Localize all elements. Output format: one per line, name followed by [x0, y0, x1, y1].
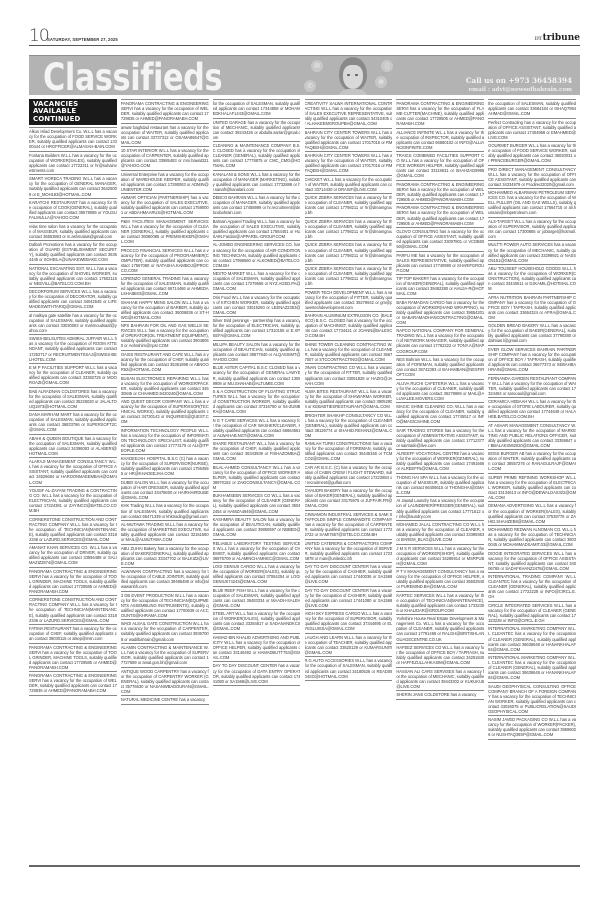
column-6: the occupation of SALESMAN, suitably qua…: [488, 99, 576, 865]
ad-list: the occupation of SALESMAN, suitably qua…: [488, 99, 576, 740]
classified-ad: GLOVO CONSULTING has a vacancy for the o…: [396, 228, 484, 252]
publication-date: SATURDAY, SEPTEMBER 27, 2025: [47, 37, 118, 42]
classified-ad: KARATCHI RESTAURANT has a vacancy for th…: [29, 199, 117, 223]
classified-ad: OASIS RESTAURANT AND CAFE W.L.L has a va…: [121, 351, 209, 375]
classifieds-banner: Classifieds ✉ ✆ ▯ ⊕ Call us on +973 3645…: [29, 55, 580, 95]
classified-ad: N G T CARE SERVICES W.L.L has a vacancy …: [213, 417, 301, 441]
classified-ad: QUICK ZEBRA SERVICES has a vacancy for t…: [305, 241, 393, 265]
classified-ad: HAFEEZ SERVICES CO W.L.L has a vacancy f…: [396, 644, 484, 668]
classified-ad: CHICKET W.L.L has a vacancy for the occu…: [305, 176, 393, 195]
ad-list: PANORAMA CONTRACTING & ENGINEERING SERVI…: [121, 99, 209, 705]
classified-ad: Silver Bird pennings - partnership has a…: [213, 317, 301, 341]
classified-ad: GOLDEN BREAD BAKERY W.L.L has a vacancy …: [488, 322, 576, 346]
classified-ad: NATURAL MEDICINE CENTRE has a vacancy: [121, 696, 209, 704]
classified-ad: FATIMA RESTAURANT has a vacancy for the …: [29, 625, 117, 644]
contact-phone: Call us on +973 36458394: [466, 76, 572, 85]
classified-ad: DEMANA ADVERTISING W.L.L has a vacancy f…: [488, 502, 576, 526]
classified-ad: AND QUEST DECOR COMPANY W.L.L has a vaca…: [121, 398, 209, 427]
classified-ad: Alkun Hilad Development Co. W.L.L has a …: [29, 127, 117, 152]
classified-ad: FERNANDA GARDEN RESTAURANT COMPANY W.L.L…: [488, 375, 576, 399]
classified-ad: MULTTI POWER AUTO SERVICES has a vacancy…: [488, 241, 576, 265]
classified-ad: DECORFORUM SERVICES W.L.L has a vacancy …: [29, 288, 117, 312]
classified-ad: CIRCLE INTEGRATED SERVICES W.L.L has a v…: [488, 602, 576, 626]
classified-ad: CORNERSTONE CONSTRUCTION AND CONTRACTING…: [29, 516, 117, 545]
classified-ad: AI Jawad Laundry has a vacancy for the o…: [396, 497, 484, 521]
brand-mark-icon: DT: [535, 36, 542, 42]
classified-ad: SHAHAB HAPPY MENS SALON W.L.L has a vaca…: [121, 299, 209, 323]
classified-ad: AMMAR OPTICIAN (PARTNERSHIP) has a vacan…: [121, 194, 209, 218]
column-2: PANORAMA CONTRACTING & ENGINEERING SERVI…: [121, 99, 209, 865]
classified-ad: Universal Enterprise has a vacancy for t…: [121, 171, 209, 195]
classified-ad: ABU ZUHAI Bakery has a vacancy for the o…: [121, 545, 209, 569]
classified-ad: ALREEFF VOCATIONAL CENTRE has a vacancy …: [396, 450, 484, 474]
classified-ad: CAR AR B.S.C. (C) has a vacancy for the …: [305, 464, 393, 488]
classified-ad: Oris Food W.L.L has a vacancy for the oc…: [213, 294, 301, 318]
classified-ad: KHADEEJAH HOSPITAL B.S.C (C) has a vacan…: [121, 455, 209, 479]
classified-ad: LAUGH AND LEARN W.L.L has a vacancy for …: [305, 634, 393, 658]
classified-ad: SWISS-BELSUITES ADMIRAL JUFFAIR W.L.L ha…: [29, 335, 117, 364]
classified-ad: PANORAMA CONTRACTING & ENGINEERING SERVI…: [396, 204, 484, 228]
classified-ad: KANALANI & SONS W.L.L has a vacancy for …: [213, 171, 301, 195]
classified-ad: CORNERSTONE CONSTRUCTION AND CONTRACTING…: [29, 596, 117, 625]
classified-ad: ABU TOUSEEF HOUSEHOLD GOODS W.L.L has a …: [488, 265, 576, 294]
classified-ad: BUKHAMSEEN SERVICES CO W.L.L has a vacan…: [213, 492, 301, 516]
classified-ad: NASIM JAVED PACKAGING CO W.L.L has a vac…: [488, 716, 576, 740]
classified-ad: RELIABLE LABORATORY TESTING SERVICES W.L…: [213, 540, 301, 564]
classified-ad: AT ASHAR MANAGEMENT CONSULTANCY W.L.L ha…: [488, 422, 576, 451]
classified-ad: PANORAMA CONTRACTING & ENGINEERING SERVI…: [29, 568, 117, 597]
classified-ad: KARTEC SERVICES W.L.L has a vacancy for …: [396, 592, 484, 616]
classified-ad: S & A CONSTRUCTION OF FLOATING STRUCTURE…: [213, 388, 301, 417]
classified-ad: BOSS BURGER AB has a vacancy for the occ…: [488, 450, 576, 474]
classified-ad: anwar baghdad restaurant has a vacancy f…: [121, 124, 209, 148]
mascot-illustration: [331, 56, 375, 95]
classified-ad: SHARE RESTAURANT W.L.L has a vacancy for…: [213, 440, 301, 464]
classified-ad: BLUE REEF FISH W.L.L has a vacancy for t…: [213, 587, 301, 611]
classified-ad: CHAUDRI BAKERY has a vacancy for the occ…: [305, 487, 393, 511]
classified-ad: QUICK ZEBRA SERVICES has a vacancy for t…: [305, 218, 393, 242]
classified-ad: R.G AUTO ACCESSORIES W.L.L has a vacancy…: [305, 657, 393, 681]
classified-ad: E M P FACILITIES SUPPORT W.L.L has a vac…: [29, 364, 117, 388]
classified-ad: HIGH SKY EXPRESS CARGO W.L.L has a vacan…: [305, 610, 393, 634]
classified-ad: J M S R SERVICES W.L.L has a vacancy for…: [396, 545, 484, 569]
classified-ad: MOHAMED JALAL CONTRACTING CO W.L.L has a…: [396, 521, 484, 545]
classified-ad: DANA MARHAM MART has a vacancy for the o…: [29, 411, 117, 435]
classified-ad: ALAMIN CONTRACTING & MAINTENANCE W.L.L h…: [121, 644, 209, 668]
classified-ad: INTERNATIONAL MARKETING COMPANY W.L.L CL…: [488, 625, 576, 654]
classified-ad: SUPER PRIME REFINING WORKSHOP W.L.L has …: [488, 474, 576, 503]
classified-ad: P&M FACILITIES MANAGEMENT SERVICES W.L.L…: [121, 218, 209, 247]
classified-ad: INTERNATIONAL TRADING COMPANY W.L.L CLEA…: [488, 573, 576, 602]
classifieds-columns: VACANCIES AVAILABLE CONTINUED Alkun Hila…: [29, 99, 580, 865]
section-title: Classifieds: [43, 57, 222, 95]
classified-ad: KASHMIRA BEAUTY SALON has a vacancy for …: [213, 516, 301, 540]
classified-ad: UNITED CATERERS & CONTRACTORS COMPANY ha…: [305, 540, 393, 564]
classified-ad: KHK Trading W.L.L has a vacancy for the …: [121, 502, 209, 521]
classified-ad: CINNAMON INDUSTRIAL SERVICES & SAMI STAF…: [305, 511, 393, 540]
classified-ad: AFRA NUTRITION BAHRAIN PARTNERSHIP COMPA…: [488, 294, 576, 323]
classified-ad: INFORMATION TECHNOLOGY PEOPLE W.L.L has …: [121, 427, 209, 456]
classified-ad: QUICK ZEBRA SERVICES has a vacancy for t…: [305, 265, 393, 289]
classified-ad: BLUE ASTER CAPITAL B.S.C CLOSED has a va…: [213, 364, 301, 388]
classified-ad: WADI ALSAIL GATE CONSTRUCTION W.L.L has …: [121, 620, 209, 644]
classified-ad: NES Bahrain W.L.L has a vacancy for the …: [396, 356, 484, 380]
ad-list: CREATIVITY SALWA INTERNATIONAL CONTRACTI…: [305, 99, 393, 681]
footer-rule: [29, 865, 580, 867]
classified-ad: ALS-TARGET W.L.L has a vacancy for the o…: [488, 218, 576, 242]
classified-ad: ANTIQUE WOOD CARPENTRY has a vacancy for…: [121, 668, 209, 697]
classified-ad: DAY TO DAY DISCOUNT CENTER has a vacancy…: [213, 662, 301, 686]
ad-list: for the occupation of SALESMAN, suitably…: [213, 99, 301, 686]
classified-ad: STEEL ART W.L.L has a vacancy for the oc…: [213, 610, 301, 634]
page-number: 10: [29, 28, 49, 45]
classified-ad: Yorkshire House Real Estate Development …: [396, 615, 484, 644]
classified-ad: CERAMICA HEBAAH W.L.L has a vacancy for …: [488, 398, 576, 422]
classified-ad: TRAIGS COMBINED FACILITIES SUPPORT CO W.…: [396, 152, 484, 181]
classified-ad: DAY TO DAY DISCOUNT CENTER has a vacancy…: [305, 563, 393, 587]
classified-ad: DAY TO DAY DISCOUNT CENTER has a vacancy…: [305, 587, 393, 611]
classified-ad: SMART HORECA TRADING W.L.L has a vacancy…: [29, 175, 117, 199]
classified-ad: HASSAN ALI CARS SERVISES has a vacancy f…: [396, 668, 484, 692]
classified-ad: relax time salon has a vacancy for the o…: [29, 223, 117, 242]
classified-ad: PANORAMA CONTRACTING & ENGINEERING SERVI…: [396, 181, 484, 205]
classified-ad: PRO DIRECT MANAGEMENT CONSULTANCY W.L.L …: [488, 166, 576, 190]
classified-ad: P T V MANAGEMENT CONSULTANCY has a vacan…: [396, 568, 484, 592]
classified-ad: BRIGHTER SHAIKHP CONSULTANCY CO W.L.L ha…: [305, 412, 393, 441]
classified-ad: NPS BAHRAIN FOR OIL AND GAS WELLS SERVIC…: [121, 322, 209, 351]
ad-list: Alkun Hilad Development Co. W.L.L has a …: [29, 127, 117, 696]
classified-ad: MAGIC SHINE CLEANING CO. W.L.L has a vac…: [396, 403, 484, 427]
classified-ad: EVER GLOW SERVICES BAHRAIN PARTNERSHIP C…: [488, 346, 576, 375]
classified-ad: TIP TOP BAKERY has a vacancy for the occ…: [396, 275, 484, 299]
classified-ad: PANORAMA CONTRACTING & ENGINEERING SERVI…: [396, 99, 484, 129]
classified-ad: POWER TECH DEVELOPMENT W.L.L has a vacan…: [305, 289, 393, 313]
classified-ad: Bahrain Apparel Trading W.L.L has a vaca…: [213, 218, 301, 242]
classified-ad: NESTO MARKET W.L.L has a vacancy for the…: [213, 270, 301, 294]
classified-ad: BUSAN ELECTRONICS REPAIRING W.L.L has a …: [121, 375, 209, 399]
classified-ad: Perfect Contracting has a vacancy for th…: [488, 119, 576, 143]
mail-icon: ✉: [311, 60, 323, 72]
column-5: PANORAMA CONTRACTING & ENGINEERING SERVI…: [396, 99, 484, 865]
classified-ad: UNITED GARAGE has a vacancy for the occu…: [213, 119, 301, 143]
classified-ad: BILAL-AHMED CONSULTANCY W.L.L has a vaca…: [213, 464, 301, 493]
ad-list: PANORAMA CONTRACTING & ENGINEERING SERVI…: [396, 99, 484, 700]
classified-ad: BAHRAIN CITY CENTER TOWERS W.L.L has a v…: [305, 129, 393, 153]
classified-ad: NATIONAL EXCAVATING EST. W.L.L has a vac…: [29, 265, 117, 289]
column-4: CREATIVITY SALWA INTERNATIONAL CONTRACTI…: [305, 99, 393, 865]
classified-ad: HAMAD BIN KHALID ADVERTISING AND PUBLICI…: [213, 634, 301, 663]
classified-ad: BAHRAIN ALUMINIUM EXTRUSION CO. (BALEXCO…: [305, 312, 393, 341]
classified-ad: SHINE TOWER CLEANING CONTRACTING W.L.L h…: [305, 341, 393, 365]
classified-ad: INTERNATIONAL MARKETING COMPANY W.L.L CL…: [488, 654, 576, 683]
classified-ad: for the occupation of SALESMAN, suitably…: [213, 99, 301, 119]
classified-ad: ALLIANCE INFINITE W.L.L has a vacancy fo…: [396, 129, 484, 153]
contact-email: email : advt@newsofbahrain.com: [469, 87, 572, 93]
masthead: 10 SATURDAY, SEPTEMBER 27, 2025 DTtribun…: [29, 28, 580, 46]
classified-ad: CREATIVITY SALWA INTERNATIONAL CONTRACTI…: [305, 99, 393, 129]
classified-ad: SHERIN JANS COLDSTORE has a vacancy: [396, 691, 484, 699]
classified-ad: PROCCO FINANCIAL SERVICES W.L.L has a va…: [121, 247, 209, 276]
classified-ad: PANORAMA CONTRACTING & ENGINEERING SERVI…: [29, 672, 117, 696]
classified-ad: RAMLAH TURKI CONSTRUCTIONS has a vacancy…: [305, 440, 393, 464]
classified-ad: DUBEI SALON W.L.L has a vacancy for the …: [121, 479, 209, 503]
classified-ad: LORENZO GENERAL TRADING has a vacancy fo…: [121, 275, 209, 299]
classified-ad: AL-MUTAWA TRADING W.L.L has a vacancy fo…: [121, 521, 209, 545]
classified-ad: QUICK ZEBRA SERVICES has a vacancy for t…: [305, 194, 393, 218]
globe-icon: ⊕: [375, 76, 387, 88]
classified-ad: ALWAWAN CONTRACTING has a vacancy for th…: [121, 568, 209, 592]
classified-ad: Dalbah Promotions has a vacancy for the …: [29, 241, 117, 265]
classified-ad: PANORAMA CONTRACTING & ENGINEERING SERVI…: [29, 644, 117, 673]
classified-ad: MOHAMMED REDWAN ALNOMAN CO. W.L.L has a …: [488, 526, 576, 550]
classified-ad: Fontana Builders W.L.L has a vacancy for…: [29, 152, 117, 176]
classified-ad: AL-JOMED ENGINEERING SERVICES CO. has a …: [213, 241, 301, 270]
classified-ad: ALWA BITES RESTAURANT W.L.L has a vacanc…: [305, 388, 393, 412]
classified-ad: ABAHI & QUEEN BOUTIQUE has a vacancy for…: [29, 435, 117, 459]
classified-ad: ALUVA RUCHI CAFETERIA W.L.L has a vacanc…: [396, 380, 484, 404]
column-1: VACANCIES AVAILABLE CONTINUED Alkun Hila…: [29, 99, 117, 865]
classified-ad: MOHAMMED ALBARWANI PETROLEUM SERVICES CO…: [488, 189, 576, 218]
classified-ad: THONG HAI SPA W.L.L has a vacancy for th…: [396, 474, 484, 498]
column-3: for the occupation of SALESMAN, suitably…: [213, 99, 301, 865]
classified-ad: BAB ALRADNAN COLDSTORES has a vacancy fo…: [29, 388, 117, 412]
classified-ad: MILUPA BEAUTY SALON has a vacancy for th…: [213, 341, 301, 365]
classified-ad: JINAN CONTRACTING CO W.L.L has a vacancy…: [305, 364, 393, 388]
classified-ad: BAHRAIN CITY CENTER TOWERS W.L.L has a v…: [305, 152, 393, 176]
classified-ad: PARFU ME has a vacancy for the occupatio…: [396, 252, 484, 276]
classified-ad: NAPCO NATIONAL COMPANY FOR GENERAL TRADI…: [396, 327, 484, 356]
classified-ad: BABA RAMADAN CARGO has a vacancy for the…: [396, 299, 484, 328]
classified-ad: ALARAJI MANAGEMENT CONSULTANCY W.L.L has…: [29, 458, 117, 487]
classified-ad: 10 STAR INTERIOR W.L.L has a vacancy for…: [121, 147, 209, 171]
phone-icon: ✆: [304, 80, 316, 92]
classified-ad: the occupation of SALESMAN, suitably qua…: [488, 99, 576, 119]
mobile-icon: ▯: [381, 60, 393, 72]
classified-ad: CLEANING & MAINTENANCE COMPANY B.S.C CLO…: [213, 142, 301, 171]
brand-name: tribune: [543, 33, 580, 43]
classified-ad: AMANAT KHAN SERVICES CO. W.L.L has a vac…: [29, 544, 117, 568]
classified-ad: SAIR TRADING STORES has a vacancy for th…: [396, 427, 484, 451]
classified-ad: al malkiya gate satellite has a vacancy …: [29, 312, 117, 336]
section-heading: VACANCIES AVAILABLE CONTINUED: [29, 99, 117, 125]
classified-ad: PANORAMA CONTRACTING & ENGINEERING SERVI…: [121, 99, 209, 124]
classified-ad: YOUSIF AL-ZAYANI TRADING & CONTRACTING C…: [29, 487, 117, 516]
brand-logo[interactable]: DTtribune: [535, 33, 581, 43]
classified-ad: DEBCO BAHRAIN W.L.L has a vacancy for th…: [213, 194, 301, 218]
classified-ad: 3 DB EVENT PRODUCTION W.L.L has a vacanc…: [121, 592, 209, 621]
classified-ad: SAUDI GEOPHYSICAL CONSULTING OFFICE COMP…: [488, 683, 576, 717]
classified-ad: LOGI GENIUS CARGO W.L.L has a vacancy fo…: [213, 563, 301, 587]
classified-ad: DIGGIE INTEGRATED SERVICES W.L.L has a v…: [488, 550, 576, 574]
classified-ad: GOURMET BURGER W.L.L has a vacancy for t…: [488, 142, 576, 166]
